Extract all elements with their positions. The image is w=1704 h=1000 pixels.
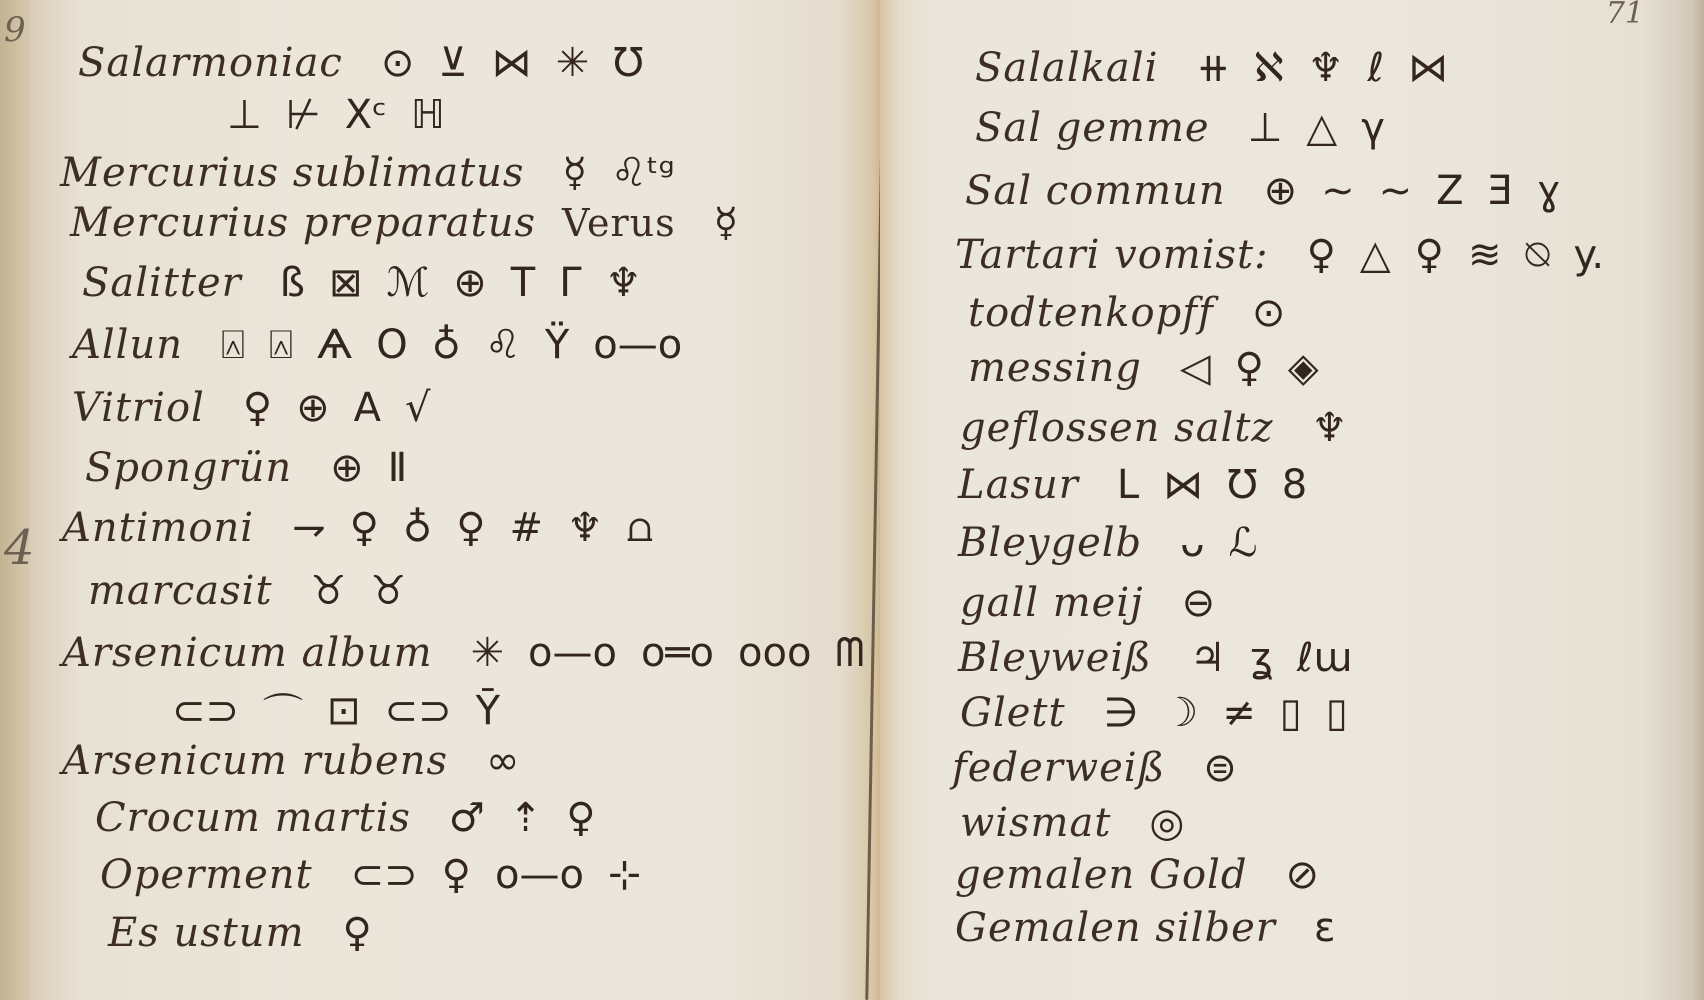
alchemical-symbol-icon: ✳ [471,630,505,676]
entry-label: Arsenicum rubens [62,738,448,784]
alchemical-symbol-icon: ℓ [1368,45,1385,91]
entry-label: Antimoni [62,505,254,551]
alchemical-symbol-icon: ⩍ [627,505,653,551]
entry-label: Tartari vomist: [955,232,1269,278]
alchemical-symbol-icon: ◎ [1149,800,1184,846]
entry-row: gall meij ⊖ [960,580,1227,626]
alchemical-symbol-icon: △ [1360,232,1391,278]
alchemical-symbol-icon: ⊥ [1248,105,1283,151]
left-margin-note: 4 [4,520,35,576]
alchemical-symbol-icon: ♀ [442,852,471,898]
alchemical-symbol-icon: ⋈ [1408,45,1448,91]
entry-row: Mercurius sublimatus ☿ ♌ᵗᵍ [60,150,687,196]
entry-row: Es ustum ♀ [108,910,384,956]
alchemical-symbol-icon: ♆ [1311,405,1347,451]
alchemical-symbol-icon: Τ [511,260,535,306]
entry-label: Salitter [82,260,242,306]
alchemical-symbol-icon: Ѧ [317,322,352,368]
alchemical-symbol-icon: ᴗ [1180,520,1204,566]
alchemical-symbol-icon: △ [1306,105,1337,151]
entry-label: marcasit [88,568,273,614]
alchemical-symbol-icon: ∼ [1379,168,1413,214]
alchemical-symbol-icon: O [376,322,407,368]
left-corner-mark: 9 [4,10,26,50]
entry-row: geflossen saltz ♆ [960,405,1359,451]
alchemical-symbol-icon: ◁ [1180,345,1211,391]
entry-row: Salalkali ⧺ ℵ ♆ ℓ ⋈ [975,45,1460,91]
entry-row: Glett ∋ ☽ ≠ ▯ ▯ [960,690,1360,736]
entry-label: Bleygelb [958,520,1142,566]
alchemical-symbol-icon: γ [1361,105,1385,151]
entry-label: Mercurius preparatus [70,200,536,246]
alchemical-symbol-icon: ☽ [1162,690,1198,736]
alchemical-symbol-icon: ℵ [1254,45,1284,91]
alchemical-symbol-icon: Ⅱ [388,445,408,491]
alchemical-symbol-icon: ⍓ [221,322,245,368]
alchemical-symbol-icon: ▯ [1326,690,1348,736]
entry-label: Lasur [958,462,1079,508]
alchemical-symbol-icon: L [1117,462,1139,508]
alchemical-symbol-icon: ⊬ [286,92,321,138]
alchemical-symbol-icon: ♃ [1190,635,1226,681]
alchemical-symbol-icon: ⊂⊃ [351,852,418,898]
alchemical-symbol-icon: ▯ [1280,690,1302,736]
alchemical-symbol-icon: ♀ [1235,345,1264,391]
alchemical-symbol-icon: Ʊ [1227,462,1258,508]
alchemical-symbol-icon: ◈ [1288,345,1319,391]
entry-label: messing [968,345,1142,391]
entry-row: Vitriol ♀ ⊕ A √ [72,385,443,431]
alchemical-symbol-icon: ⊠ [329,260,363,306]
alchemical-symbol-icon: ⋈ [1163,462,1203,508]
page-edge [1692,0,1704,1000]
alchemical-symbol-icon: ⊻ [438,40,467,86]
alchemical-symbol-icon: ♀ [243,385,272,431]
entry-row: messing ◁ ♀ ◈ [968,345,1331,391]
alchemical-symbol-icon: ⊹ [608,852,642,898]
alchemical-symbol-icon: ♂ [449,795,485,841]
alchemical-symbol-icon: ⊕ [1264,168,1298,214]
entry-row: federweiß ⊜ [952,745,1249,791]
alchemical-symbol-icon: Ʊ [613,40,644,86]
alchemical-symbol-icon: ᗰ [835,630,864,676]
alchemical-symbol-icon: ⊙ [1252,290,1286,336]
entry-label: Allun [72,322,183,368]
entry-label: Es ustum [108,910,305,956]
alchemical-symbol-icon: ℓɯ [1297,635,1353,681]
entry-label: Operment [100,852,313,898]
entry-row: Arsenicum rubens ∞ [62,738,531,784]
entry-row: ⊥ ⊬ Xᶜ ℍ [215,92,457,138]
alchemical-symbol-icon: ≋ [1468,232,1502,278]
alchemical-symbol-icon: ⊘ [1285,852,1319,898]
alchemical-symbol-icon: ♆ [567,505,603,551]
alchemical-symbol-icon: ♀ [350,505,379,551]
alchemical-symbol-icon: o—o [528,630,617,676]
entry-row: gemalen Gold ⊘ [955,852,1331,898]
right-corner-mark: 71 [1606,0,1644,31]
alchemical-symbol-icon: ⊕ [330,445,364,491]
alchemical-symbol-icon: ♆ [1308,45,1344,91]
alchemical-symbol-icon: Ϋ [545,322,569,368]
alchemical-symbol-icon: ⧺ [1196,45,1230,91]
entry-row: ⊂⊃ ⌒ ⊡ ⊂⊃ Ȳ [160,682,512,739]
entry-label: Vitriol [72,385,205,431]
entry-label: gall meij [960,580,1144,626]
alchemical-symbol-icon: ∋ [1104,690,1139,736]
entry-label: Gemalen silber [955,905,1276,951]
entry-row: Bleygelb ᴗ ℒ [958,520,1269,566]
alchemical-symbol-icon: o═o [641,630,714,676]
alchemical-symbol-icon: 8 [1282,462,1307,508]
entry-row: wismat ◎ [960,800,1196,846]
alchemical-symbol-icon: ∼ [1321,168,1355,214]
alchemical-symbol-icon: ⊖ [1182,580,1216,626]
alchemical-symbol-icon: ooo [738,630,811,676]
entry-row: Antimoni ⇁ ♀ ♁ ♀ # ♆ ⩍ [62,505,665,551]
alchemical-symbol-icon: ʓ [1250,635,1273,681]
alchemical-symbol-icon: ⊕ [296,385,330,431]
alchemical-symbol-icon: ♀ [1415,232,1444,278]
entry-label: gemalen Gold [955,852,1247,898]
alchemical-symbol-icon: Ǝ [1488,168,1513,214]
binding-edge [0,0,30,1000]
entry-row: Operment ⊂⊃ ♀ o—o ⊹ [100,852,653,898]
entry-label: Bleyweiß [958,635,1152,681]
alchemical-symbol-icon: o—o [495,852,584,898]
alchemical-symbol-icon: ⇡ [509,795,543,841]
alchemical-symbol-icon: y. [1573,232,1604,278]
alchemical-symbol-icon: o—o [593,322,682,368]
entry-label: Salalkali [975,45,1158,91]
alchemical-symbol-icon: ✳ [556,40,590,86]
entry-label: Salarmoniac [78,40,343,86]
entry-label: geflossen saltz [960,405,1273,451]
alchemical-symbol-icon: ß [280,260,305,306]
alchemical-symbol-icon: ⊜ [1203,745,1237,791]
alchemical-symbol-icon: ⋈ [492,40,532,86]
alchemical-symbol-icon: ⊂⊃ [172,688,239,734]
alchemical-symbol-icon: ⍉ [1525,232,1549,278]
alchemical-symbol-icon: A [354,385,381,431]
alchemical-symbol-icon: ⊡ [327,688,361,734]
alchemical-symbol-icon: ⊕ [453,260,487,306]
entry-row: Allun ⍓ ⍓ Ѧ O ♁ ♌ Ϋ o—o [72,322,694,368]
alchemical-symbol-icon: ⌒ [263,682,303,739]
entry-label: Sal commun [965,168,1226,214]
alchemical-symbol-icon: ☿ [714,200,739,246]
entry-label: todtenkopff [968,290,1214,336]
entry-row: Arsenicum album ✳ o—o o═o ooo ᗰ [62,630,876,676]
alchemical-symbol-icon: # [510,505,544,551]
alchemical-symbol-icon: ♀ [1307,232,1336,278]
alchemical-symbol-icon: Xᶜ [345,92,387,138]
alchemical-symbol-icon: ♀ [456,505,485,551]
entry-row: Crocum martis ♂ ⇡ ♀ [95,795,608,841]
entry-label: federweiß [952,745,1165,791]
alchemical-symbol-icon: ⊥ [227,92,262,138]
alchemical-symbol-icon: ℳ [387,260,430,306]
entry-label: Glett [960,690,1066,736]
entry-label: Spongrün [85,445,292,491]
entry-row: marcasit ♉ ♉ [88,568,418,614]
alchemical-symbol-icon: Ȳ [476,688,500,734]
entry-label: Mercurius sublimatus [60,150,524,196]
entry-row: todtenkopff ⊙ [968,290,1297,336]
entry-row: Gemalen silber ɛ [955,905,1347,951]
alchemical-symbol-icon: ♀ [343,910,372,956]
entry-row: Spongrün ⊕ Ⅱ [85,445,419,491]
alchemical-symbol-icon: ⊂⊃ [385,688,452,734]
entry-row: Salitter ß ⊠ ℳ ⊕ Τ Γ ♆ [82,260,653,306]
entry-label: Crocum martis [95,795,411,841]
alchemical-symbol-icon: ≠ [1222,690,1256,736]
entry-row: Lasur L ⋈ Ʊ 8 [958,462,1319,508]
entry-label: Arsenicum album [62,630,433,676]
entry-label: Sal gemme [975,105,1210,151]
right-page: 71 Salalkali ⧺ ℵ ♆ ℓ ⋈ Sal gemme ⊥ △ γ S… [880,0,1704,1000]
alchemical-symbol-icon: ♌ [485,322,521,368]
alchemical-symbol-icon: ℍ [411,92,445,138]
alchemical-symbol-icon: ɣ [1537,168,1561,214]
entry-annotation: Verus [562,201,676,245]
entry-label: wismat [960,800,1111,846]
entry-row: Mercurius preparatus Verus ☿ [70,200,750,246]
alchemical-symbol-icon: ☿ [562,150,587,196]
alchemical-symbol-icon: √ [405,385,431,431]
left-page: 9 4 Salarmoniac ⊙ ⊻ ⋈ ✳ Ʊ ⊥ ⊬ Xᶜ ℍ Mercu… [0,0,880,1000]
alchemical-symbol-icon: ♆ [606,260,642,306]
alchemical-symbol-icon: ɛ [1314,905,1336,951]
entry-row: Bleyweiß ♃ ʓ ℓɯ [958,635,1364,681]
manuscript-spread: 9 4 Salarmoniac ⊙ ⊻ ⋈ ✳ Ʊ ⊥ ⊬ Xᶜ ℍ Mercu… [0,0,1704,1000]
alchemical-symbol-icon: ♁ [432,322,461,368]
alchemical-symbol-icon: ♉ [370,568,406,614]
alchemical-symbol-icon: ∞ [486,738,519,784]
entry-row: Salarmoniac ⊙ ⊻ ⋈ ✳ Ʊ [78,40,656,86]
alchemical-symbol-icon: ♀ [566,795,595,841]
alchemical-symbol-icon: ℒ [1229,520,1258,566]
alchemical-symbol-icon: ♁ [403,505,432,551]
alchemical-symbol-icon: ♌ᵗᵍ [611,150,675,196]
alchemical-symbol-icon: ♉ [311,568,347,614]
alchemical-symbol-icon: ⇁ [292,505,326,551]
alchemical-symbol-icon: ⊙ [381,40,415,86]
entry-row: Sal gemme ⊥ △ γ [975,105,1397,151]
alchemical-symbol-icon: ⍓ [269,322,293,368]
entry-row: Tartari vomist: ♀ △ ♀ ≋ ⍉ y. [955,232,1616,278]
alchemical-symbol-icon: Z [1436,168,1463,214]
alchemical-symbol-icon: Γ [559,260,581,306]
entry-row: Sal commun ⊕ ∼ ∼ Z Ǝ ɣ [965,168,1573,214]
